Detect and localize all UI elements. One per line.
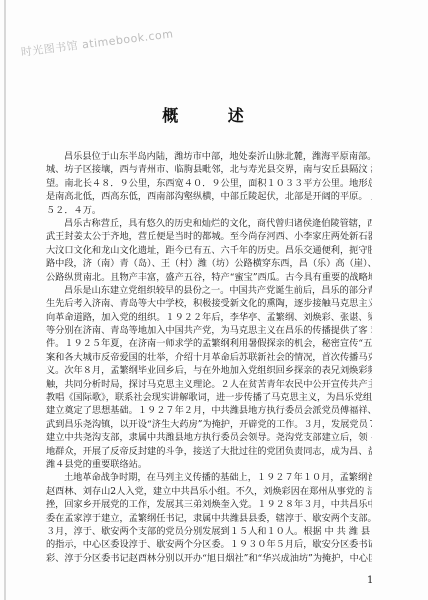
watermark: 时光图书馆 atimebook.com [20,25,174,60]
text-line: 触，共同分析时局，探讨马克思主义理论。２人在贫苦青年农民中公开宣传共产主义， [46,378,372,391]
text-line: 委在孟家淳于建立，孟繁纲任书记，隶属中共潍县县委，辖淳于、歇安两个支部。1929… [46,512,372,525]
page-binding-edge [4,0,6,600]
text-line: 的指示，中心区委设淳于、歇安两个分区委。１９３０年５月后，歇安分区委书记刘焕 [46,538,372,551]
body-text: 昌乐县位于山东半岛内陆，潍坊市中部，地处泰沂山脉北麓，潍海平原南部。东与潍 城、… [46,150,372,565]
text-line: 建立中共尧沟支部，隶属中共潍县地方执行委员会领导。尧沟党支部建立后，领 导 当 [46,431,372,444]
text-line: 昌乐是山东建立党组织较早的县份之一。中国共产党诞生前后，昌乐的部分青年学 [46,284,372,297]
text-line: 大汶口文化和龙山文化遗址，距今已有五、六千年的历史。昌乐交通便利，扼守胶济铁 [46,244,372,257]
book-page: 时光图书馆 atimebook.com 概 述 昌乐县位于山东半岛内陆，潍坊市中… [0,0,428,600]
text-line: 望。南北长４８．９公里，东西宽４０．９公里，面积１０３３平方公里。地形总的趋势 [46,177,372,190]
text-line: 义。次年８月，孟繁纲毕业回乡后，与在外地加入党组织回乡探亲的表兄刘焕彩频繁接 [46,364,372,377]
text-line: 建立奠定了思想基础。１９２７年２月，中共潍县地方执行委员会派党员傅福祥、傅乃 [46,404,372,417]
text-line: 彩、淳于分区委书记赵酉林分别以开办“旭日烟社”和“华兴成油坊”为掩护，中心区 [46,552,372,565]
text-line: 挫，回家乡开展党的工作，发展其三弟刘焕奎入党。１９２８年３月，中共昌乐中心区 [46,498,372,511]
text-line: 赵酉林、刘存山2人入党，建立中共昌乐小组。不久，刘焕彩因在郑州从事党的 活 动 … [46,485,372,498]
text-line: 公路纵贯南北。且物产丰富，盛产五谷，特产“蜜宝”西瓜。古今具有重要的战略地位。 [46,271,372,284]
text-line: 武王封姜太公于齐地，营丘便是当时的都城。至今尚存河西、小李家庄两处新石器时期 [46,230,372,243]
text-line: 件。１９２５年夏，在济南一师求学的孟繁纲利用暑假探亲的机会，秘密宣传“五卅”惨 [46,337,372,350]
text-line: 等分别在济南、青岛等地加入中国共产党，为马克思主义在昌乐的传播提供了客 观 条 [46,324,372,337]
text-line: 昌乐古称营丘，具有悠久的历史和灿烂的文化，商代曾归诸侯逄伯陵管辖，西周时 [46,217,372,230]
text-line: 城、坊子区接壤，西与青州市、临朐县毗邻，北与寿光县交界，南与安丘县隔汶 河 相 [46,163,372,176]
text-line: 武到昌乐尧沟镇，以开设“济生大药房”为掩护，开辟党的工作。３月，发展党员７人， [46,418,372,431]
text-line: ３月，淳于、歇安两个支部的党员分别发展到１５人和１０人。根据 中 共 潍 县 县… [46,525,372,538]
text-line: 地群众，开展了反帝反封建的斗争，接送了大批过往的党团负责同志，成为昌、益、寿、 [46,445,372,458]
text-line: 路中段，济（南）青（岛）、王（村）潍（坊）公路横穿东西，昌（乐）高（崖）、朱（刘… [46,257,372,270]
text-line: 昌乐县位于山东半岛内陆，潍坊市中部，地处泰沂山脉北麓，潍海平原南部。东与潍 [46,150,372,163]
page-number: 1 [367,575,373,586]
text-line: 生先后考入济南、青岛等大中学校，积极接受新文化的熏陶，逐步接触马克思主义，走 [46,297,372,310]
text-line: 教唱《国际歌》，联系社会现实讲解歌词，进一步传播了马克思主义，为昌乐党组织的 [46,391,372,404]
text-line: 案和各大城市反帝爱国的壮举，介绍十月革命后苏联新社会的情况，首次传播马克思主 [46,351,372,364]
text-line: 是南高北低，西高东低，西南部沟壑纵横，中部丘陵起伏，北部是开阔的平原。 人 口 [46,190,372,203]
text-line: 向革命道路，加入党的组织。１９２２年后，李华亭、孟繁纲、刘焕彩、张谌、梁德元 [46,311,372,324]
text-line: ５２．４万。 [46,204,372,217]
text-line: 潍４县党的重要联络站。 [46,458,372,471]
chapter-title: 概 述 [0,103,428,126]
text-line: 土地革命战争时期，在马列主义传播的基础上，１９２７年１０月，孟繁纲首批发展 [46,471,372,484]
